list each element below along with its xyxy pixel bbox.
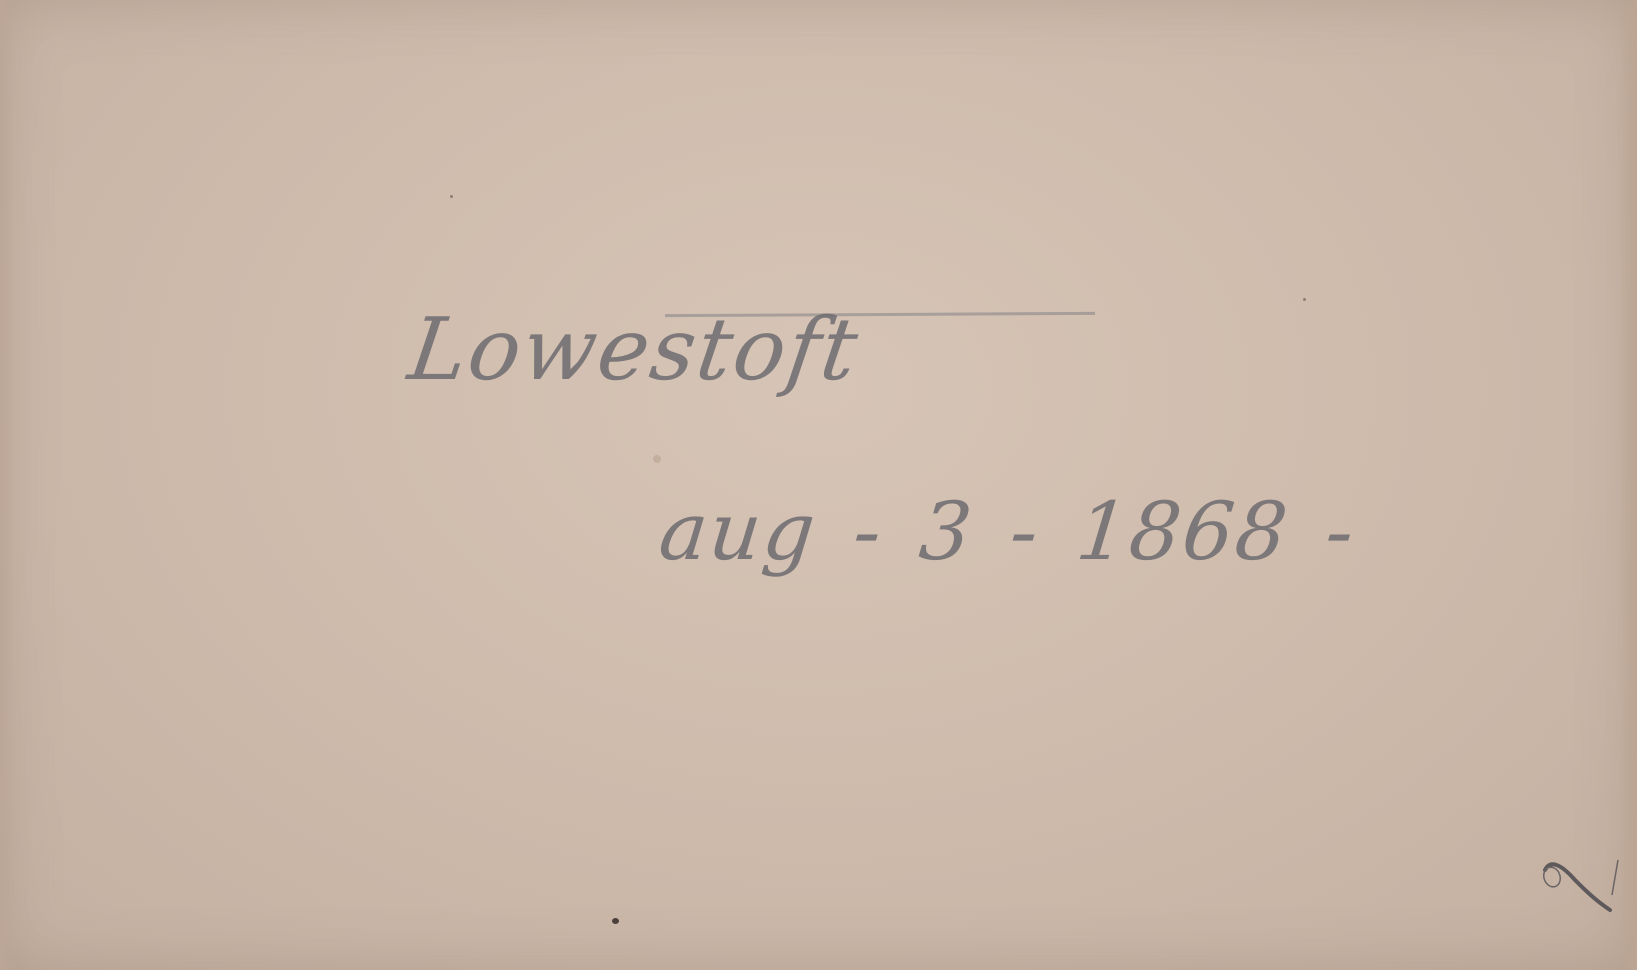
paper-speck bbox=[653, 455, 661, 463]
paper-speck bbox=[450, 195, 453, 198]
paper-speck bbox=[1303, 298, 1306, 301]
corner-pencil-mark bbox=[1540, 855, 1620, 915]
handwritten-date: aug - 3 - 1868 - bbox=[655, 485, 1360, 578]
card-edge-right bbox=[1619, 0, 1637, 970]
card-back: Lowestoft aug - 3 - 1868 - bbox=[0, 0, 1637, 970]
handwritten-place: Lowestoft bbox=[403, 300, 865, 400]
paper-speck bbox=[612, 918, 619, 924]
card-edge-left bbox=[0, 0, 14, 970]
